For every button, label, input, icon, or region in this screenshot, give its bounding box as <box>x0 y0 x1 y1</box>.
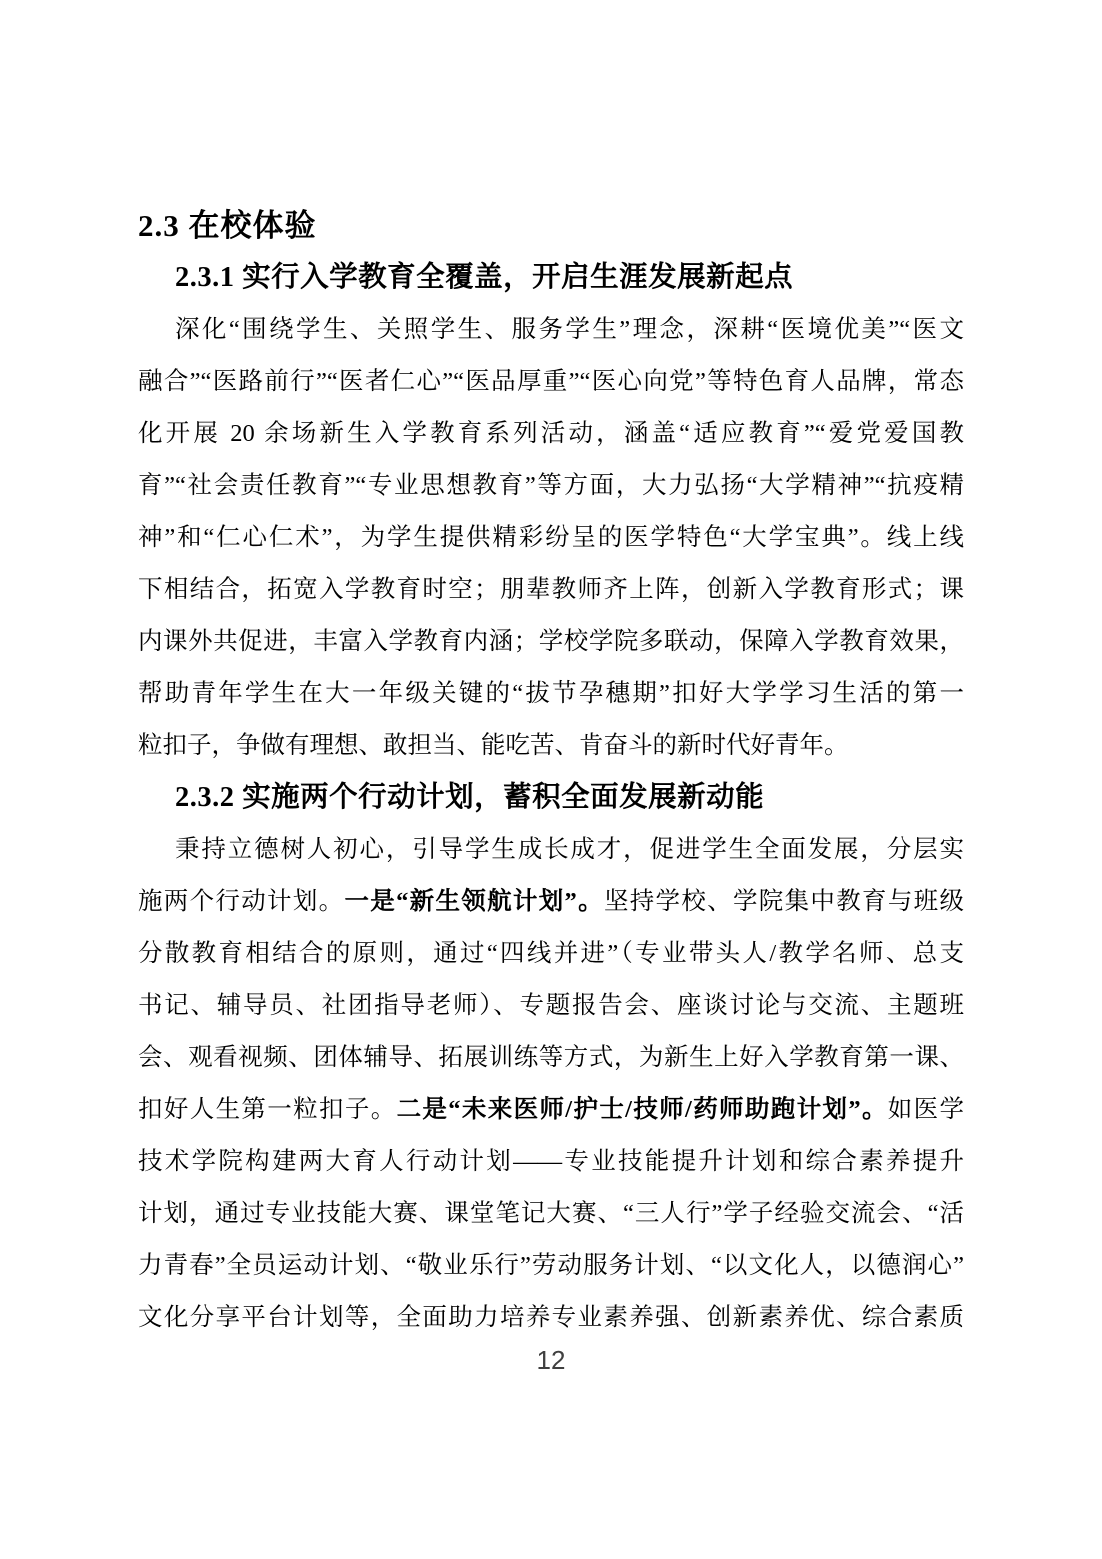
text-run: 内课外共促进，丰富入学教育内涵；学校学院多联动，保障入学教育效果， <box>138 628 964 655</box>
document-page: 2.3 在校体验 2.3.1 实行入学教育全覆盖，开启生涯发展新起点 深化“围绕… <box>0 0 1102 1559</box>
paragraph-line: 融合”“医路前行”“医者仁心”“医品厚重”“医心向党”等特色育人品牌，常态 <box>138 356 964 408</box>
bold-text-run: 二是“未来医师/护士/技师/药师助跑计划”。 <box>397 1096 888 1123</box>
paragraph-line: 下相结合，拓宽入学教育时空；朋辈教师齐上阵，创新入学教育形式；课 <box>138 564 964 616</box>
paragraph-line: 会、观看视频、团体辅导、拓展训练等方式，为新生上好入学教育第一课、 <box>138 1032 964 1084</box>
text-run: 力青春”全员运动计划、“敬业乐行”劳动服务计划、“以文化人，以德润心” <box>138 1252 964 1279</box>
text-run: 如医学 <box>888 1096 964 1123</box>
paragraph-line: 扣好人生第一粒扣子。二是“未来医师/护士/技师/药师助跑计划”。如医学 <box>138 1084 964 1136</box>
text-run: 育”“社会责任教育”“专业思想教育”等方面，大力弘扬“大学精神”“抗疫精 <box>138 472 964 499</box>
paragraph-line: 文化分享平台计划等，全面助力培养专业素养强、创新素养优、综合素质 <box>138 1292 964 1344</box>
chapter-heading: 2.3 在校体验 <box>138 200 964 252</box>
paragraph-line: 书记、辅导员、社团指导老师）、专题报告会、座谈讨论与交流、主题班 <box>138 980 964 1032</box>
paragraph-line: 帮助青年学生在大一年级关键的“拔节孕穗期”扣好大学学习生活的第一 <box>138 668 964 720</box>
text-run: 扣好人生第一粒扣子。 <box>138 1096 397 1123</box>
paragraph-line: 计划，通过专业技能大赛、课堂笔记大赛、“三人行”学子经验交流会、“活 <box>138 1188 964 1240</box>
section-2-3-1: 2.3.1 实行入学教育全覆盖，开启生涯发展新起点 深化“围绕学生、关照学生、服… <box>138 252 964 772</box>
text-run: 计划，通过专业技能大赛、课堂笔记大赛、“三人行”学子经验交流会、“活 <box>138 1200 964 1227</box>
paragraph-line: 分散教育相结合的原则，通过“四线并进”（专业带头人/教学名师、总支 <box>138 928 964 980</box>
text-run: 施两个行动计划。 <box>138 888 345 915</box>
paragraph-line: 深化“围绕学生、关照学生、服务学生”理念，深耕“医境优美”“医文 <box>138 304 964 356</box>
text-run: 技术学院构建两大育人行动计划——专业技能提升计划和综合素养提升 <box>138 1148 964 1175</box>
bold-text-run: 一是“新生领航计划”。 <box>345 888 604 915</box>
paragraph-line: 神”和“仁心仁术”，为学生提供精彩纷呈的医学特色“大学宝典”。线上线 <box>138 512 964 564</box>
section-2-3-2: 2.3.2 实施两个行动计划，蓄积全面发展新动能 秉持立德树人初心，引导学生成长… <box>138 772 964 1344</box>
text-run: 融合”“医路前行”“医者仁心”“医品厚重”“医心向党”等特色育人品牌，常态 <box>138 368 964 395</box>
page-number: 12 <box>0 1340 1102 1380</box>
section-heading-2-3-1: 2.3.1 实行入学教育全覆盖，开启生涯发展新起点 <box>138 252 964 304</box>
text-run: 秉持立德树人初心，引导学生成长成才，促进学生全面发展，分层实 <box>175 836 964 863</box>
paragraph-line: 粒扣子，争做有理想、敢担当、能吃苦、肯奋斗的新时代好青年。 <box>138 720 964 772</box>
text-run: 帮助青年学生在大一年级关键的“拔节孕穗期”扣好大学学习生活的第一 <box>138 680 964 707</box>
text-run: 神”和“仁心仁术”，为学生提供精彩纷呈的医学特色“大学宝典”。线上线 <box>138 524 964 551</box>
paragraph-line: 育”“社会责任教育”“专业思想教育”等方面，大力弘扬“大学精神”“抗疫精 <box>138 460 964 512</box>
text-run: 分散教育相结合的原则，通过“四线并进”（专业带头人/教学名师、总支 <box>138 940 964 967</box>
text-run: 书记、辅导员、社团指导老师）、专题报告会、座谈讨论与交流、主题班 <box>138 992 964 1019</box>
text-run: 深化“围绕学生、关照学生、服务学生”理念，深耕“医境优美”“医文 <box>175 316 964 343</box>
paragraph-line: 施两个行动计划。一是“新生领航计划”。坚持学校、学院集中教育与班级 <box>138 876 964 928</box>
document-content: 2.3 在校体验 2.3.1 实行入学教育全覆盖，开启生涯发展新起点 深化“围绕… <box>138 200 964 1344</box>
paragraph-line: 内课外共促进，丰富入学教育内涵；学校学院多联动，保障入学教育效果， <box>138 616 964 668</box>
section-heading-2-3-2: 2.3.2 实施两个行动计划，蓄积全面发展新动能 <box>138 772 964 824</box>
paragraph-line: 化开展 20 余场新生入学教育系列活动，涵盖“适应教育”“爱党爱国教 <box>138 408 964 460</box>
text-run: 化开展 20 余场新生入学教育系列活动，涵盖“适应教育”“爱党爱国教 <box>138 420 964 447</box>
paragraph-line: 力青春”全员运动计划、“敬业乐行”劳动服务计划、“以文化人，以德润心” <box>138 1240 964 1292</box>
text-run: 下相结合，拓宽入学教育时空；朋辈教师齐上阵，创新入学教育形式；课 <box>138 576 964 603</box>
text-run: 文化分享平台计划等，全面助力培养专业素养强、创新素养优、综合素质 <box>138 1304 964 1331</box>
paragraph-2-3-1: 深化“围绕学生、关照学生、服务学生”理念，深耕“医境优美”“医文融合”“医路前行… <box>138 304 964 772</box>
paragraph-line: 技术学院构建两大育人行动计划——专业技能提升计划和综合素养提升 <box>138 1136 964 1188</box>
text-run: 粒扣子，争做有理想、敢担当、能吃苦、肯奋斗的新时代好青年。 <box>138 732 849 759</box>
paragraph-2-3-2: 秉持立德树人初心，引导学生成长成才，促进学生全面发展，分层实施两个行动计划。一是… <box>138 824 964 1344</box>
text-run: 坚持学校、学院集中教育与班级 <box>604 888 964 915</box>
paragraph-line: 秉持立德树人初心，引导学生成长成才，促进学生全面发展，分层实 <box>138 824 964 876</box>
text-run: 会、观看视频、团体辅导、拓展训练等方式，为新生上好入学教育第一课、 <box>138 1044 964 1071</box>
